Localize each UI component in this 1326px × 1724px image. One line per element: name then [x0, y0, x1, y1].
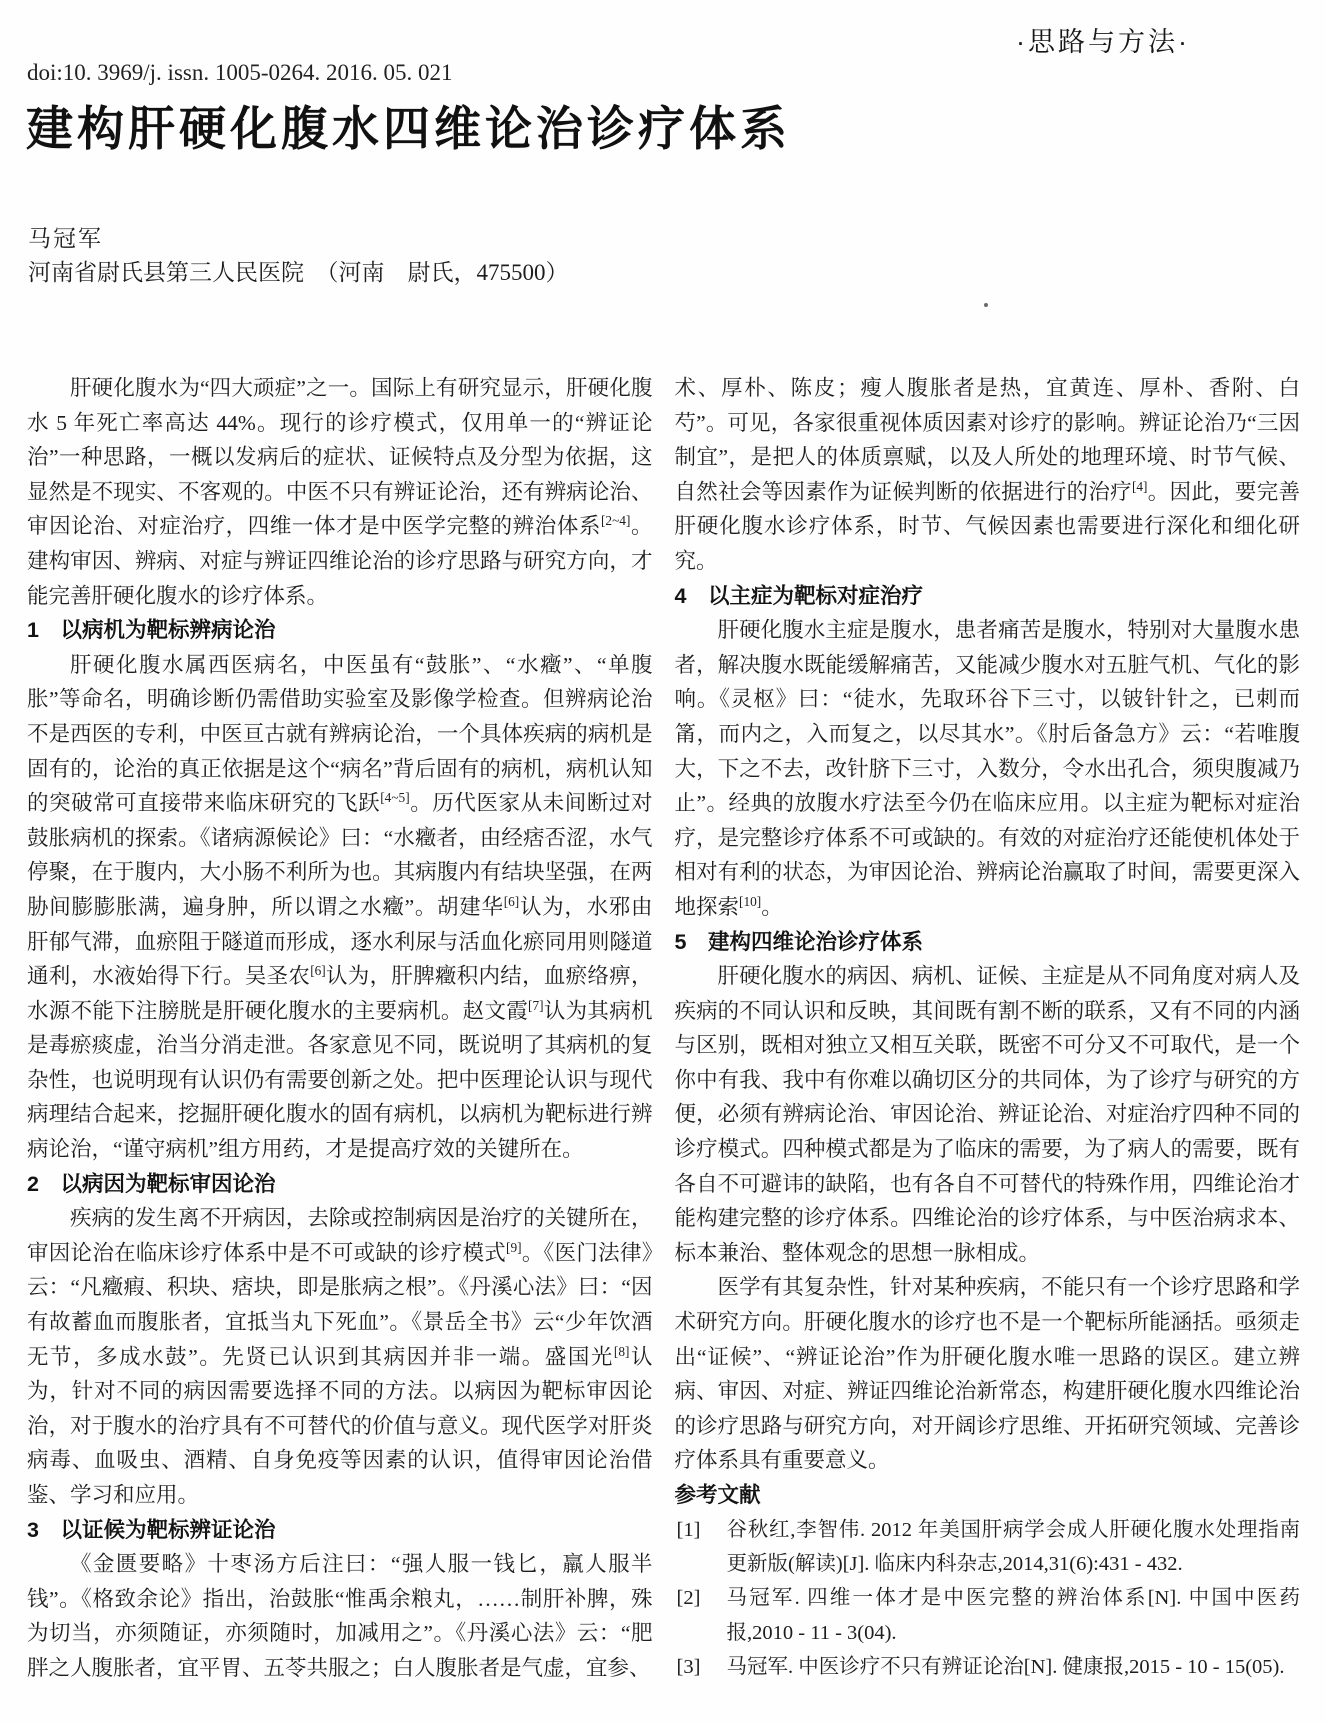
- reference-item: [3]马冠军. 中医诊疗不只有辨证论治[N]. 健康报,2015 - 10 - …: [675, 1650, 1301, 1684]
- paragraph: 《金匮要略》十枣汤方后注曰：“强人服一钱匕，羸人服半钱”。《格致余论》指出，治鼓…: [27, 1547, 653, 1685]
- reference-number: [3]: [677, 1650, 701, 1684]
- journal-section-label: ·思路与方法·: [1016, 20, 1190, 59]
- doi-line: doi:10. 3969/j. issn. 1005-0264. 2016. 0…: [27, 60, 453, 86]
- section-heading: 5 建构四维论治诊疗体系: [675, 925, 1301, 960]
- journal-page: ·思路与方法· doi:10. 3969/j. issn. 1005-0264.…: [0, 0, 1326, 1724]
- citation-superscript: [4]: [1132, 479, 1148, 494]
- section-heading: 1 以病机为靶标辨病论治: [27, 613, 653, 648]
- citation-superscript: [10]: [739, 894, 761, 909]
- references-heading: 参考文献: [675, 1478, 1301, 1513]
- paragraph: 肝硬化腹水属西医病名，中医虽有“鼓胀”、“水癥”、“单腹胀”等命名，明确诊断仍需…: [27, 648, 653, 1167]
- section-heading: 3 以证候为靶标辨证论治: [27, 1513, 653, 1548]
- paragraph: 肝硬化腹水主症是腹水，患者痛苦是腹水，特别对大量腹水患者，解决腹水既能缓解痛苦，…: [675, 613, 1301, 924]
- citation-superscript: [8]: [614, 1343, 630, 1358]
- citation-superscript: [6]: [310, 963, 326, 978]
- citation-superscript: [6]: [504, 894, 520, 909]
- paragraph: 肝硬化腹水的病因、病机、证候、主症是从不同角度对病人及疾病的不同认识和反映，其间…: [675, 959, 1301, 1270]
- citation-superscript: [2~4]: [601, 513, 630, 528]
- scan-artifact-dot: [984, 303, 988, 307]
- paragraph: 医学有其复杂性，针对某种疾病，不能只有一个诊疗思路和学术研究方向。肝硬化腹水的诊…: [675, 1270, 1301, 1478]
- paragraph: 术、厚朴、陈皮；瘦人腹胀者是热，宜黄连、厚朴、香附、白芍”。可见，各家很重视体质…: [675, 371, 1301, 579]
- article-title: 建构肝硬化腹水四维论治诊疗体系: [26, 92, 791, 159]
- article-body: 肝硬化腹水为“四大顽症”之一。国际上有研究显示，肝硬化腹水 5 年死亡率高达 4…: [27, 371, 1300, 1686]
- left-column: 肝硬化腹水为“四大顽症”之一。国际上有研究显示，肝硬化腹水 5 年死亡率高达 4…: [27, 371, 653, 1686]
- paragraph: 疾病的发生离不开病因，去除或控制病因是治疗的关键所在，审因论治在临床诊疗体系中是…: [27, 1201, 653, 1512]
- section-heading: 4 以主症为靶标对症治疗: [675, 579, 1301, 614]
- reference-number: [1]: [677, 1513, 701, 1547]
- section-heading: 2 以病因为靶标审因论治: [27, 1167, 653, 1202]
- reference-item: [1]谷秋红,李智伟. 2012 年美国肝病学会成人肝硬化腹水处理指南更新版(解…: [675, 1513, 1301, 1582]
- right-column: 术、厚朴、陈皮；瘦人腹胀者是热，宜黄连、厚朴、香附、白芍”。可见，各家很重视体质…: [675, 371, 1301, 1686]
- author-affiliation: 河南省尉氏县第三人民医院 （河南 尉氏，475500）: [28, 254, 569, 287]
- citation-superscript: [9]: [506, 1240, 522, 1255]
- citation-superscript: [4~5]: [380, 790, 409, 805]
- reference-number: [2]: [677, 1581, 701, 1615]
- reference-item: [2]马冠军. 四维一体才是中医完整的辨治体系[N]. 中国中医药报,2010 …: [675, 1581, 1301, 1650]
- paragraph: 肝硬化腹水为“四大顽症”之一。国际上有研究显示，肝硬化腹水 5 年死亡率高达 4…: [27, 371, 653, 613]
- author-name: 马冠军: [28, 220, 103, 253]
- citation-superscript: [7]: [528, 998, 544, 1013]
